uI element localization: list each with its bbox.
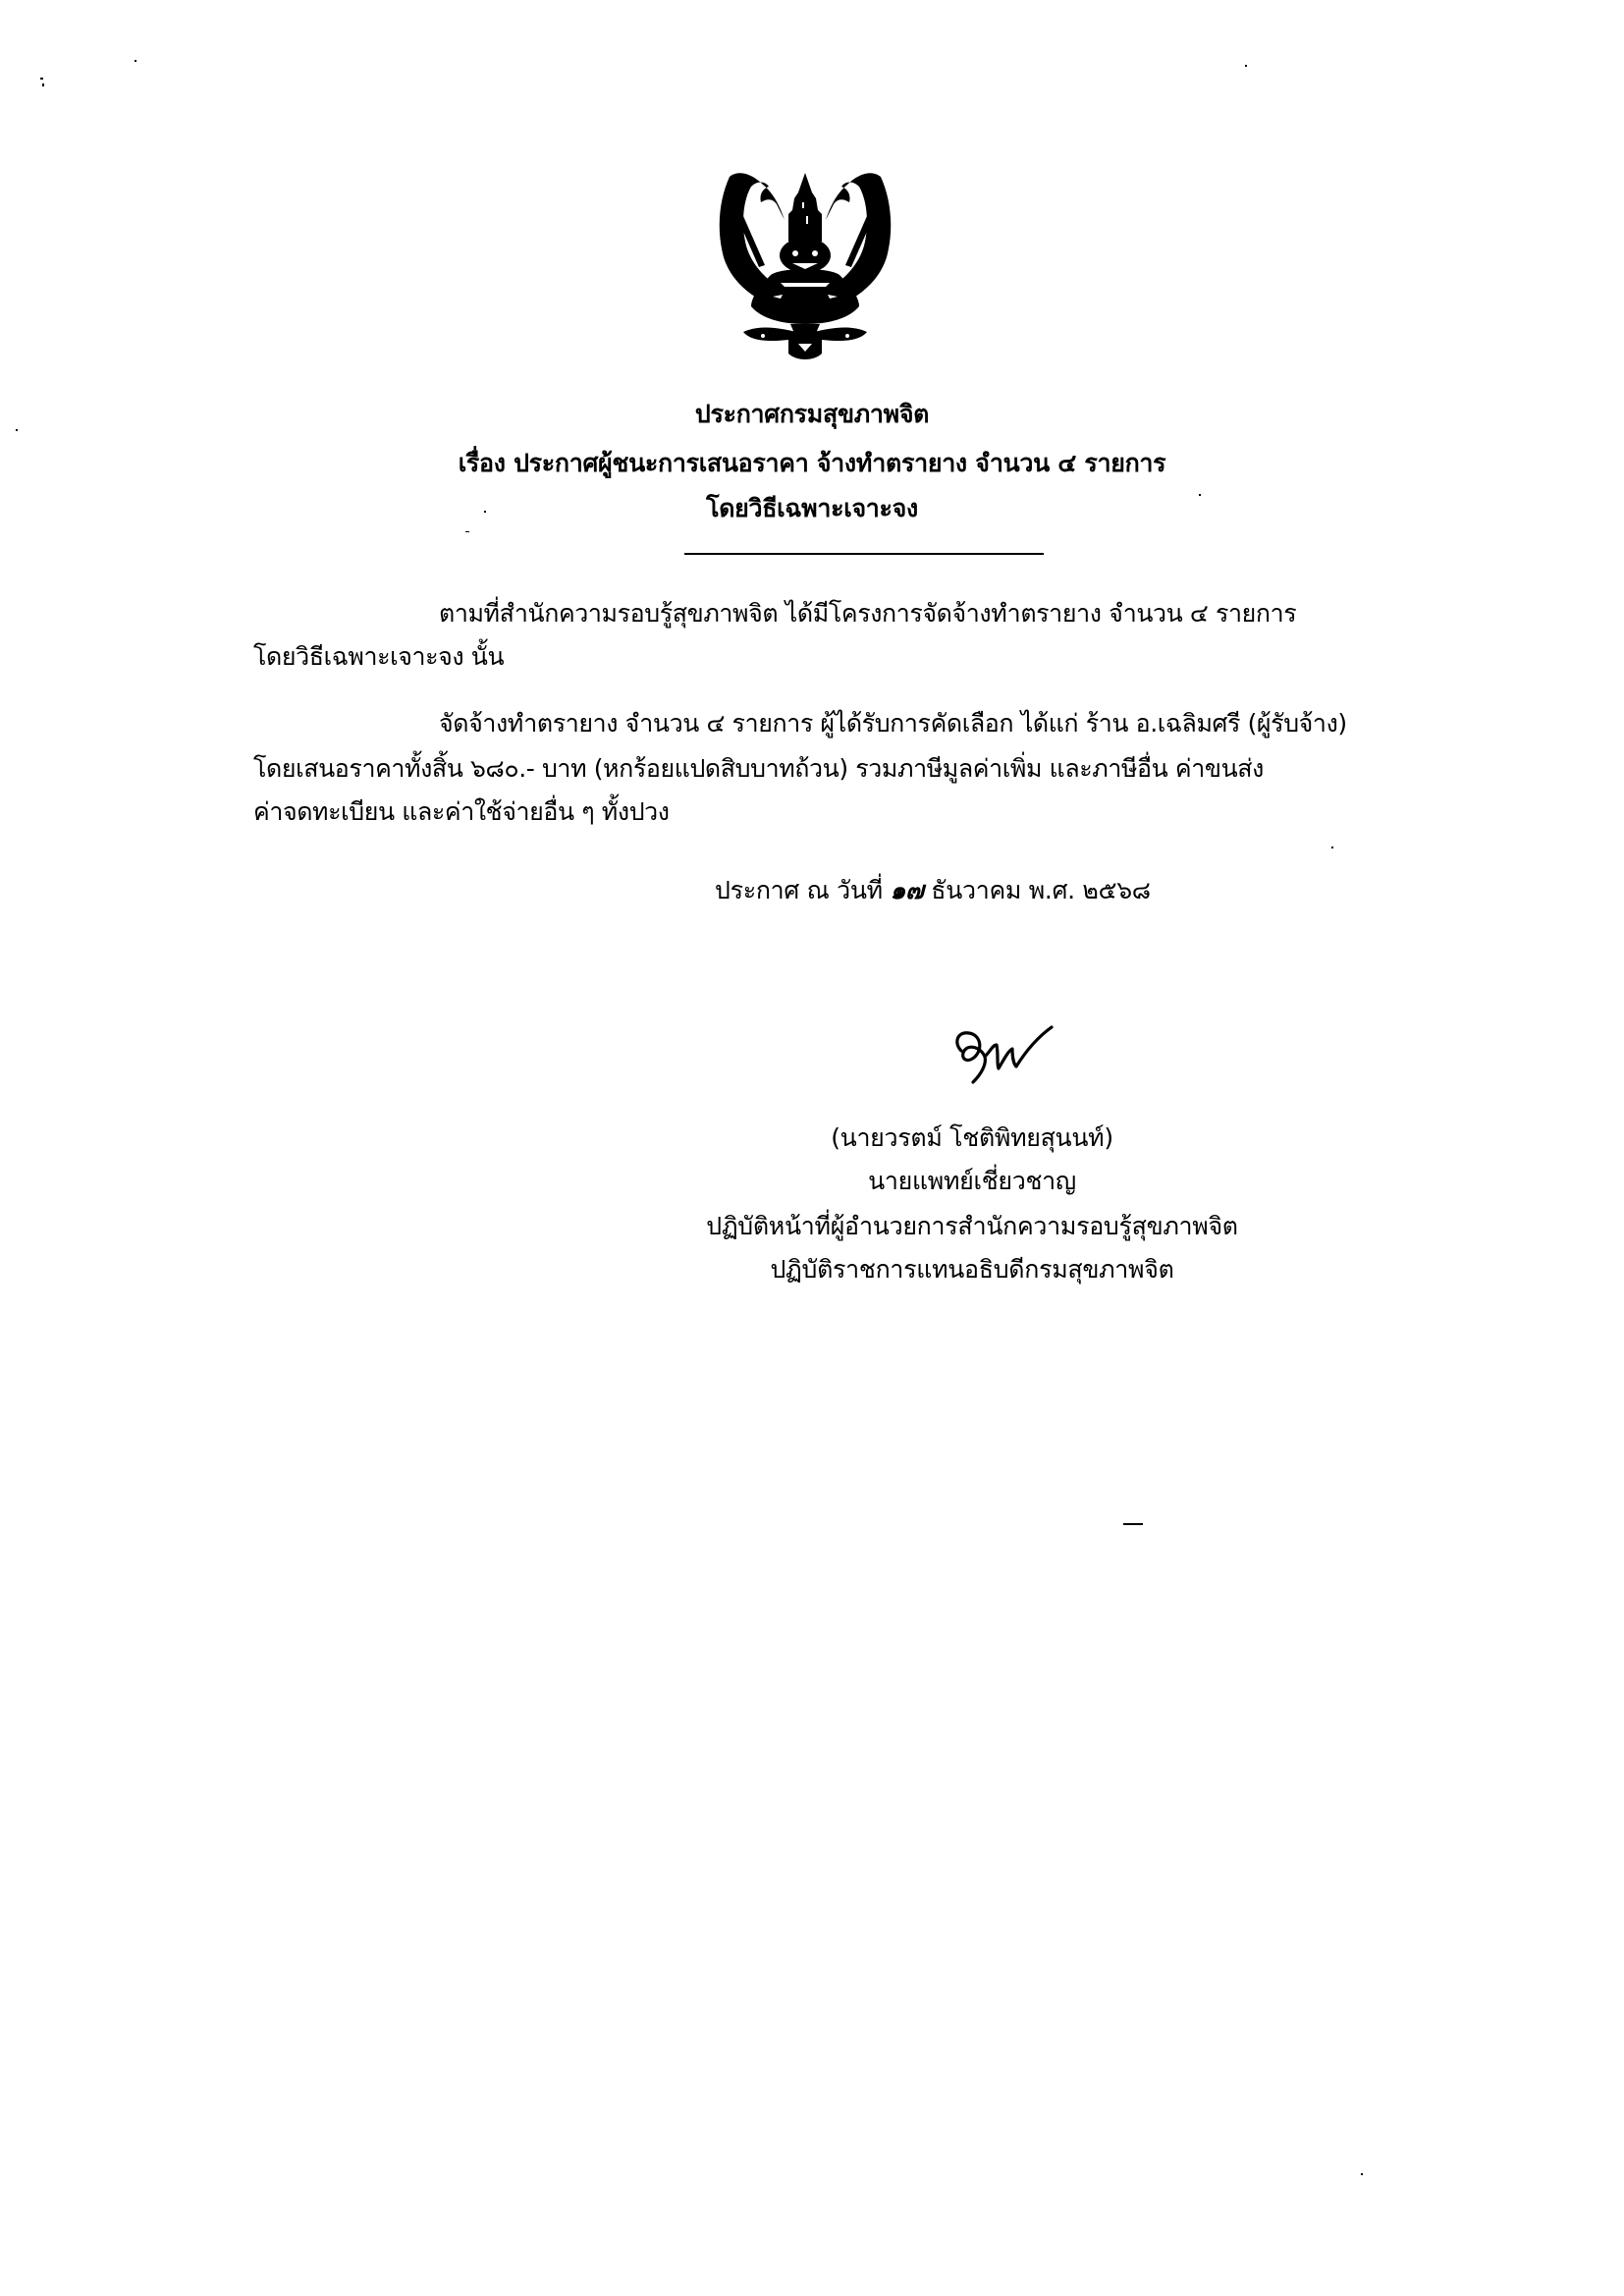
scan-speck	[40, 78, 43, 80]
paragraph-2-line-2: โดยเสนอราคาทั้งสิ้น ๖๘๐.- บาท (หกร้อยแปด…	[253, 752, 1264, 786]
signatory-name: (นายวรตม์ โชติพิทยสุนนท์)	[628, 1121, 1316, 1155]
scan-speck	[135, 60, 136, 62]
procurement-method: โดยวิธีเฉพาะเจาะจง	[0, 492, 1624, 525]
scan-speck	[42, 83, 44, 86]
signatory-acting-role: ปฏิบัติหน้าที่ผู้อำนวยการสำนักความรอบรู้…	[628, 1210, 1316, 1243]
paragraph-2-line-1: จัดจ้างทำตรายาง จำนวน ๔ รายการ ผู้ได้รับ…	[439, 707, 1347, 740]
handwritten-signature-icon	[947, 1021, 1065, 1090]
date-month-year: ธันวาคม พ.ศ. ๒๕๖๘	[931, 876, 1151, 904]
paragraph-1-line-2: โดยวิธีเฉพาะเจาะจง นั้น	[253, 640, 504, 674]
signatory-on-behalf: ปฏิบัติราชการแทนอธิบดีกรมสุขภาพจิต	[628, 1253, 1316, 1286]
scan-mark	[1123, 1523, 1143, 1525]
heading-divider	[684, 553, 1044, 555]
document-page: ประกาศกรมสุขภาพจิต เรื่อง ประกาศผู้ชนะกา…	[0, 0, 1624, 2296]
paragraph-1-line-1: ตามที่สำนักความรอบรู้สุขภาพจิต ได้มีโครง…	[439, 597, 1296, 630]
document-subject: เรื่อง ประกาศผู้ชนะการเสนอราคา จ้างทำตรา…	[0, 447, 1624, 480]
date-day-handwritten: ๑๗	[891, 876, 924, 904]
scan-speck	[1245, 65, 1247, 67]
scan-speck	[1361, 2173, 1363, 2175]
scan-speck	[465, 531, 469, 532]
signatory-position: นายแพทย์เชี่ยวชาญ	[628, 1165, 1316, 1198]
paragraph-2-line-3: ค่าจดทะเบียน และค่าใช้จ่ายอื่น ๆ ทั้งปวง	[253, 795, 670, 829]
date-prefix: ประกาศ ณ วันที่	[715, 876, 883, 904]
scan-speck	[1331, 847, 1333, 848]
garuda-emblem-icon	[712, 159, 898, 365]
announcement-date: ประกาศ ณ วันที่ ๑๗ ธันวาคม พ.ศ. ๒๕๖๘	[715, 874, 1151, 907]
document-title: ประกาศกรมสุขภาพจิต	[0, 398, 1624, 431]
